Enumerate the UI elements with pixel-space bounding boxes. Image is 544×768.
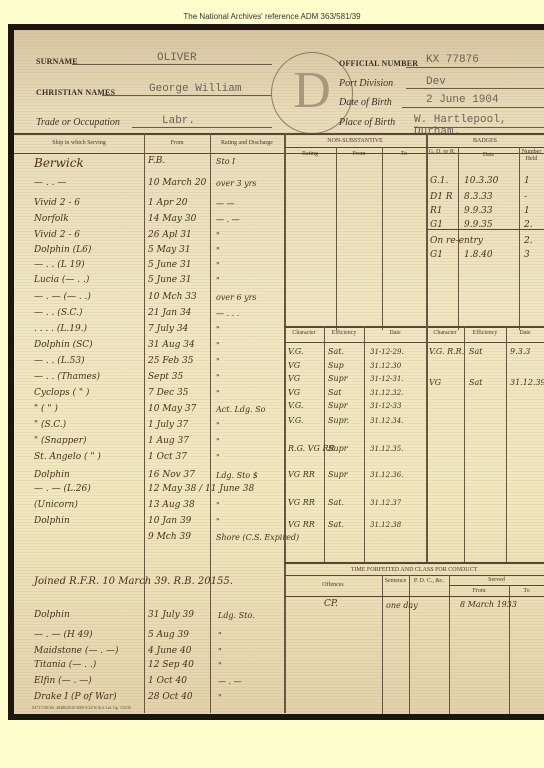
service-rating: " [216,341,220,350]
character-date: 9.3.3 [510,347,530,356]
surname-value: OLIVER [157,52,197,64]
service-rating: " [216,325,220,334]
service-from: 21 Jan 34 [148,308,191,318]
service-ship: Dolphin [34,470,70,480]
service-rating: " [216,373,220,382]
service-rating: " [216,389,220,398]
character-date: 31-12-31. [370,375,404,383]
service-from: 5 Aug 39 [148,630,189,640]
service-ship: — . — (H 49) [34,630,93,640]
character-date: 31.12.39 [510,378,544,387]
character-value: VG RR [288,470,315,479]
efficiency-value: Supr. [328,416,349,425]
service-ship: — . . (L.53) [34,356,85,366]
character-date: 31-12-33 [370,402,401,410]
joined-rfr-note: Joined R.F.R. 10 March 39. R.B. 20155. [34,576,233,587]
service-rating: Shore (C.S. Expired) [216,533,299,542]
badge-number: 1 [524,176,530,186]
service-from: F.B. [148,156,165,166]
efficiency-value: Sat [469,347,482,356]
character-date: 31.12.37 [370,499,401,507]
character-date: 31.12.38 [370,521,401,529]
service-from: 4 June 40 [148,646,191,656]
service-from: 1 July 37 [148,420,188,430]
ns-to-header: To [382,151,426,158]
service-rating: over 6 yrs [216,293,257,302]
pob-label: Place of Birth [339,117,395,128]
efficiency-value: Supr [328,401,348,410]
service-from: 10 March 20 [148,178,206,188]
printer-line: S471/7/69 Wt. 40480/2010 5000 9/24 W & S… [32,705,131,710]
efficiency-value: Sat. [328,498,344,507]
service-ship: . . . . (L.19.) [34,324,87,334]
badge-type: G1 [430,220,443,230]
service-from: 7 July 34 [148,324,188,334]
character-date: 31.12.32. [370,389,403,397]
service-from: 31 Aug 34 [148,340,195,350]
service-rating: " [216,261,220,270]
archive-reference: The National Archives' reference ADM 363… [0,12,544,21]
service-rating: " [218,661,222,670]
badge-date: 9.9.33 [464,206,493,216]
service-rating: " [218,693,222,702]
service-from: 1 Oct 37 [148,452,187,462]
service-ship: — . — (— . .) [34,292,91,302]
service-rating: " [218,631,222,640]
badge-number: - [524,192,527,202]
service-ship: " (S.C.) [34,420,66,430]
service-ship: Elfin (— . —) [34,676,92,686]
service-from: 28 Oct 40 [148,692,193,702]
service-from: 5 June 31 [148,260,191,270]
offence-value: CP. [324,599,338,609]
badge-type: D1 R [430,192,453,202]
efficiency-value: Sup [328,361,344,370]
service-rating: Act. Ldg. So [216,405,266,414]
character-value: V.G. R.R. [429,347,464,356]
service-from: 1 Aug 37 [148,436,189,446]
served-from-value: 8 March 1933 [460,600,517,609]
service-rating: " [216,501,220,510]
character-date: 31.12.36. [370,471,403,479]
service-from: 1 Apr 20 [148,198,187,208]
service-ship: (Unicorn) [34,500,78,510]
dob-value: 2 June 1904 [426,94,499,106]
service-rating: " [216,517,220,526]
character-value: V.G. [288,347,304,356]
service-rating: over 3 yrs [216,179,257,188]
service-ship: — . . (Thames) [34,372,100,382]
service-from: 7 Dec 35 [148,388,188,398]
service-from: 13 Aug 38 [148,500,195,510]
service-rating: " [216,357,220,366]
service-from: 9 Mch 39 [148,532,191,542]
service-ship: Berwick [34,156,84,170]
service-rating: " [216,246,220,255]
badge-number-header: Number Held [519,149,544,163]
badge-date: 9.9.35 [464,220,493,230]
badge-number: 1 [524,206,530,216]
character-date: 31.12.30 [370,362,401,370]
efficiency-value: Sat. [328,347,344,356]
badge-type: G.1. [430,176,448,186]
service-rating: " [216,276,220,285]
badge-date: 8.3.33 [464,192,493,202]
service-rating: — . — [218,677,242,686]
service-from: 1 Oct 40 [148,676,187,686]
service-rating: — . . . [216,309,239,318]
service-rating: — . — [216,215,240,224]
badge-number: 2. [524,236,533,246]
service-ship: Lucia (— . .) [34,275,89,285]
badge-type: G1 [430,250,443,260]
date-header: Date [364,330,426,337]
service-from: 26 Apl 31 [148,230,192,240]
served-header: Served [449,577,544,584]
service-ship: " ( " ) [34,404,58,414]
official-number-value: KX 77876 [426,54,479,66]
service-ship: Dolphin (SC) [34,340,93,350]
col-rating-header: Rating and Discharge [210,140,284,147]
service-ship: — . — (L.26) [34,484,91,494]
service-ship: Maidstone (— . —) [34,646,118,656]
non-substantive-title: NON-SUBSTANTIVE [284,138,426,145]
service-rating: Ldg. Sto. [218,611,255,620]
service-from: 5 May 31 [148,245,191,255]
character-date: 31.12.34. [370,417,403,425]
character-value: V.G. [288,416,304,425]
sentence-header: Sentence [382,578,409,585]
badges-title: BADGES [426,138,544,145]
eff2-header: Efficiency [464,330,506,337]
service-ship: — . . — [34,178,66,188]
efficiency-value: Sat. [328,520,344,529]
served-to-header: To [509,588,544,595]
character-value: VG RR [288,520,315,529]
forfeited-title: TIME FORFEITED AND CLASS FOR CONDUCT [284,567,544,574]
service-ship: " (Snapper) [34,436,87,446]
efficiency-value: Supr [328,444,348,453]
badge-date: 1.8.40 [464,250,493,260]
character-value: VG [288,388,300,397]
service-from: 16 Nov 37 [148,470,195,480]
service-ship: Dolphin [34,610,70,620]
service-from: 14 May 30 [148,214,196,224]
efficiency-value: Supr [328,374,348,383]
badge-type-header: G. D. or R. [426,149,458,156]
service-rating: Sto I [216,157,235,166]
character-value: VG [288,374,300,383]
service-ship: Norfolk [34,214,69,224]
service-from: 10 Jan 39 [148,516,191,526]
port-division-label: Port Division [339,78,393,89]
character-value: VG [429,378,441,387]
service-from: 5 June 31 [148,275,191,285]
badge-type: On re-entry [430,236,483,246]
badge-type: R1 [430,206,443,216]
badge-number: 3 [524,250,530,260]
trade-value: Labr. [162,115,195,127]
pdc-header: P. D. C., &c. [409,578,449,585]
service-ship: Dolphin (L6) [34,245,91,255]
ns-from-header: From [336,151,382,158]
service-ship: Vivid 2 - 6 [34,198,80,208]
service-ship: Drake I (P of War) [34,692,117,702]
service-rating: Ldg. Sto $ [216,471,258,480]
efficiency-value: Supr [328,470,348,479]
dob-label: Date of Birth [339,97,392,108]
service-from: 10 Mch 33 [148,292,197,302]
service-ship: Vivid 2 - 6 [34,230,80,240]
badge-date: 10.3.30 [464,176,498,186]
efficiency-value: Sat [469,378,482,387]
sentence-value: one day [386,601,418,610]
badge-number: 2. [524,220,533,230]
character-value: VG RR [288,498,315,507]
service-ship: Cyclops ( " ) [34,388,89,398]
service-rating: " [216,231,220,240]
service-rating: " [216,421,220,430]
service-rating: " [216,437,220,446]
service-from: 10 May 37 [148,404,196,414]
service-record-card: SURNAME OLIVER CHRISTIAN NAMES George Wi… [14,30,544,714]
service-ship: Dolphin [34,516,70,526]
service-ship: Titania (— . .) [34,660,96,670]
character-date: 31.12.35. [370,445,403,453]
trade-label: Trade or Occupation [36,117,120,128]
char-header: Character [284,330,324,337]
ns-rating-header: Rating [284,151,336,158]
port-division-value: Dev [426,76,446,88]
christian-names-value: George William [149,83,241,95]
service-ship: St. Angelo ( " ) [34,452,101,462]
offences-header: Offences [284,582,382,589]
eff-header: Efficiency [324,330,364,337]
char2-header: Character [426,330,464,337]
date2-header: Date [506,330,544,337]
served-from-header: From [449,588,509,595]
col-ship-header: Ship in which Serving [14,140,144,147]
stamp-letter: D [272,61,352,120]
service-from: 12 May 38 / 11 June 38 [148,484,254,494]
service-rating: — — [216,199,235,208]
service-from: 25 Feb 35 [148,356,193,366]
character-date: 31-12-29. [370,348,404,356]
col-from-header: From [144,140,210,147]
character-value: VG [288,361,300,370]
service-from: Sept 35 [148,372,183,382]
service-rating: " [216,453,220,462]
service-ship: — . . (L 19) [34,260,85,270]
service-from: 12 Sep 40 [148,660,194,670]
service-ship: — . . (S.C.) [34,308,82,318]
service-from: 31 July 39 [148,610,194,620]
service-rating: " [218,647,222,656]
character-value: V.G. [288,401,304,410]
badge-date-header: Date [458,152,519,159]
efficiency-value: Sat [328,388,341,397]
